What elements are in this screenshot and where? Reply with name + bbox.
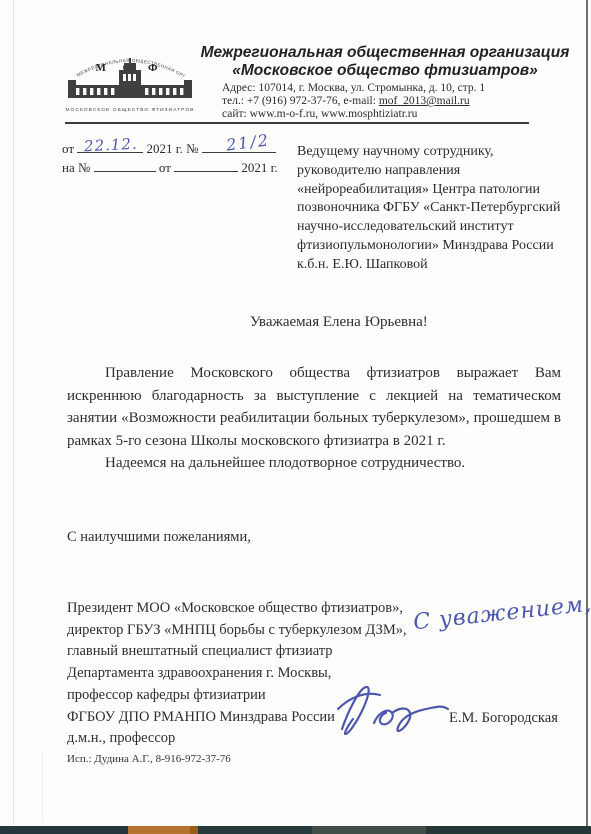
org-email: mof_2013@mail.ru — [379, 95, 470, 107]
signature-title-line: Президент МОО «Московское общество фтизи… — [67, 598, 407, 620]
signature-scribble-icon — [336, 679, 454, 735]
executor-note: Исп.: Дудина А.Г., 8-916-972-37-76 — [67, 753, 231, 765]
ref-ot-label: от — [159, 160, 171, 175]
org-title-line2: «Московское общество фтизиатров» — [198, 62, 572, 80]
bottom-bar-segment — [128, 826, 190, 834]
recipient-line: руководителю направления — [297, 162, 577, 181]
ref-year-label: 2021 г. — [241, 160, 277, 175]
scanned-letter-page: МЕЖРЕГИОНАЛЬНАЯ ОБЩЕСТВЕННАЯ ОРГАНИЗАЦИЯ… — [0, 0, 591, 834]
header-divider — [65, 122, 529, 124]
signature-title-line: главный внештатный специалист фтизиатр — [67, 641, 407, 663]
recipient-line: фтизиопульмонологии» Минздрава России — [297, 237, 577, 256]
bottom-scan-bar — [0, 826, 591, 834]
handwritten-date: 22.12. — [84, 135, 139, 156]
recipient-line: Ведущему научному сотруднику, — [297, 143, 577, 162]
salutation: Уважаемая Елена Юрьевна! — [250, 314, 428, 331]
recipient-line: «нейрореабилитация» Центра патологии — [297, 181, 577, 200]
recipient-line: позвоночника ФГБУ «Санкт-Петербургский — [297, 199, 577, 218]
body-paragraph-2: Надеемся на дальнейшее плодотворное сотр… — [67, 452, 561, 475]
ref-year-number-label: 2021 г. № — [147, 141, 199, 156]
ref-from-label: от — [62, 141, 74, 156]
signatory-name: Е.М. Богородская — [449, 710, 558, 727]
org-phone-email: тел.: +7 (916) 972-37-76, e-mail: mof_20… — [222, 95, 552, 108]
ref-na-label: на № — [62, 160, 90, 175]
org-site: сайт: www.m-o-f.ru, www.mosphtiziatr.ru — [222, 108, 552, 121]
ref-ot-underline — [174, 158, 238, 172]
logo-building-icon — [68, 58, 192, 98]
org-phone: тел.: +7 (916) 972-37-76, e-mail: — [222, 95, 379, 107]
scan-page-edge-right — [586, 0, 588, 826]
logo-caption: МОСКОВСКОЕ ОБЩЕСТВО ФТИЗИАТРОВ — [66, 107, 195, 113]
recipient-block: Ведущему научному сотруднику, руководите… — [297, 143, 577, 275]
org-title-line1: Межрегиональная общественная организация — [198, 44, 572, 62]
bottom-bar-segment — [198, 826, 312, 834]
handwritten-regards: С уважением, — [412, 592, 591, 636]
org-title: Межрегиональная общественная организация… — [198, 44, 572, 80]
bottom-bar-segment — [190, 826, 198, 834]
bottom-bar-segment — [426, 826, 591, 834]
letter-body: Правление Московского общества фтизиатро… — [67, 362, 561, 475]
bottom-bar-segment — [312, 826, 426, 834]
recipient-line: к.б.н. Е.Ю. Шапковой — [297, 256, 577, 275]
ref-line2: на № от 2021 г. — [62, 158, 278, 177]
bottom-bar-segment — [0, 826, 128, 834]
signature-title-line: директор ГБУЗ «МНПЦ борьбы с туберкулезо… — [67, 620, 407, 642]
recipient-line: научно-исследовательский институт — [297, 218, 577, 237]
closing-line: С наилучшими пожеланиями, — [67, 529, 251, 546]
org-contacts: Адрес: 107014, г. Москва, ул. Стромынка,… — [222, 82, 552, 122]
scan-fold-line-left — [13, 0, 14, 826]
org-logo: МЕЖРЕГИОНАЛЬНАЯ ОБЩЕСТВЕННАЯ ОРГАНИЗАЦИЯ… — [64, 42, 196, 118]
body-paragraph-1: Правление Московского общества фтизиатро… — [67, 362, 561, 452]
org-address: Адрес: 107014, г. Москва, ул. Стромынка,… — [222, 82, 552, 95]
scan-fold-line-left-2 — [42, 752, 43, 822]
ref-na-underline — [94, 158, 156, 172]
